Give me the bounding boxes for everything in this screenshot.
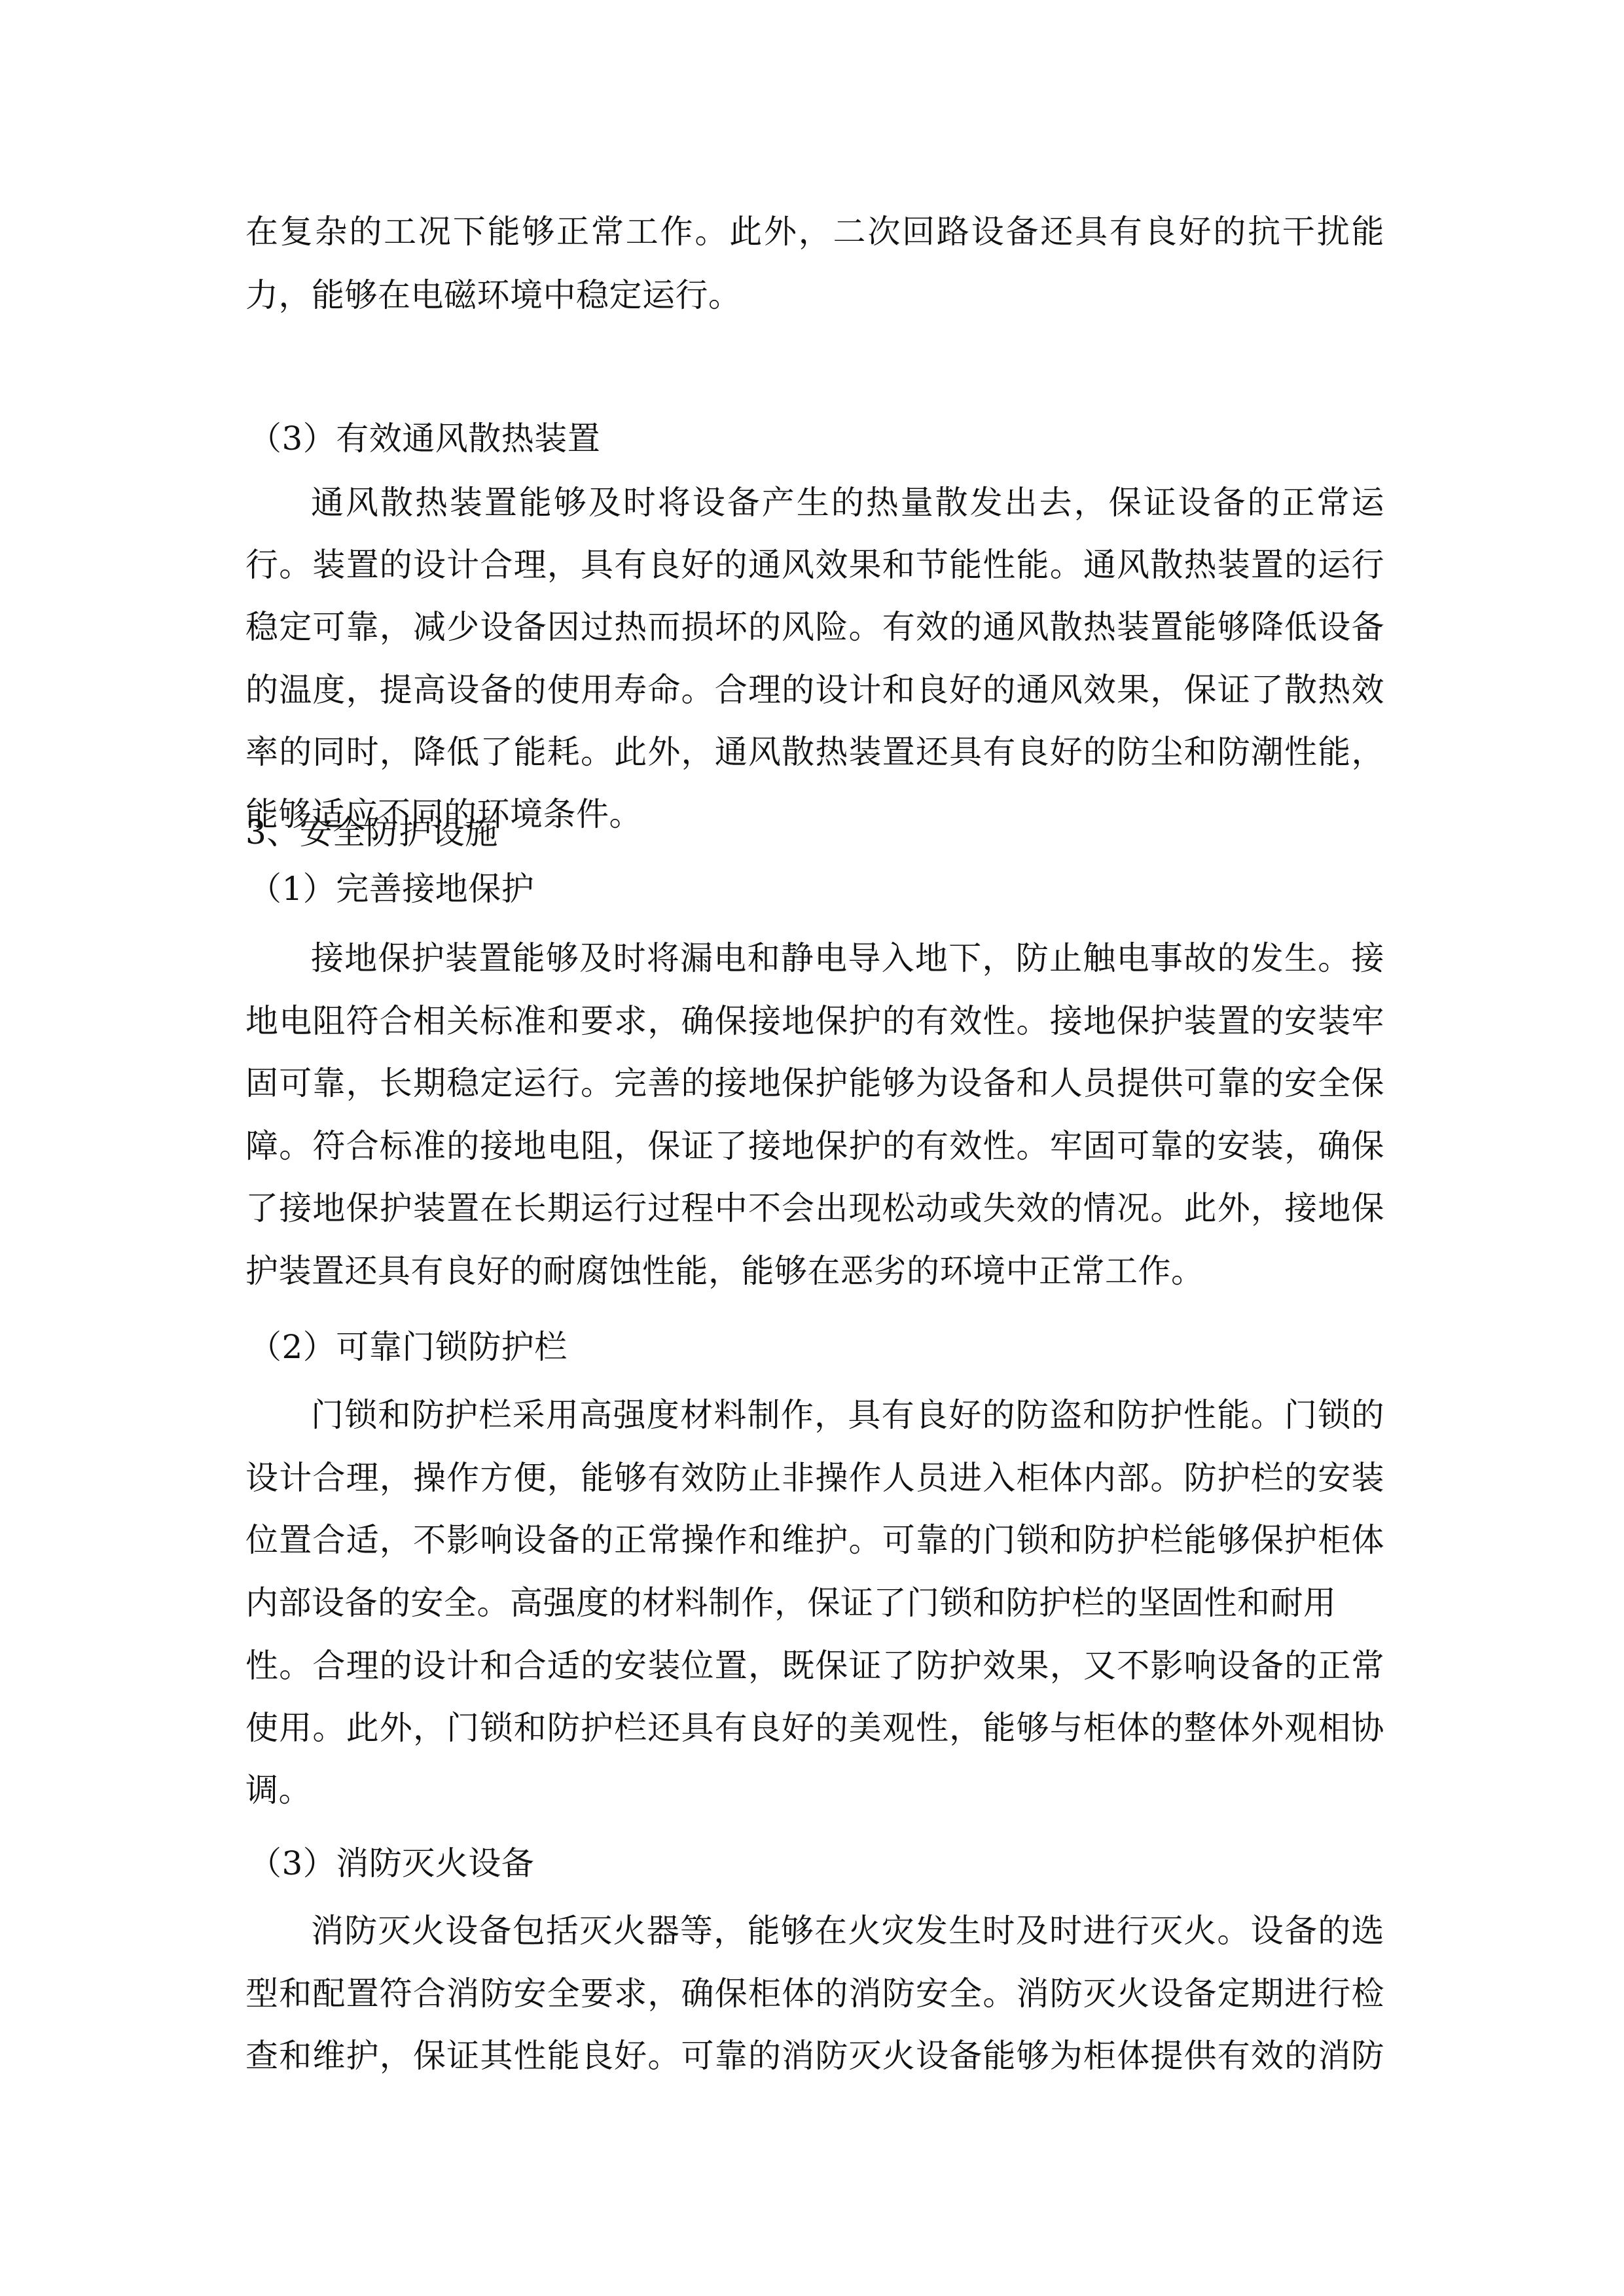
paragraph-line: 了接地保护装置在长期运行过程中不会出现松动或失效的情况。此外，接地保 — [245, 1189, 1384, 1228]
paragraph-line: 设计合理，操作方便，能够有效防止非操作人员进入柜体内部。防护栏的安装 — [245, 1458, 1384, 1498]
paragraph-line: 内部设备的安全。高强度的材料制作，保证了门锁和防护栏的坚固性和耐用 — [245, 1583, 1384, 1623]
subheading-fire-equipment: （3）消防灭火设备 — [249, 1844, 1388, 1883]
paragraph-line: 率的同时，降低了能耗。此外，通风散热装置还具有良好的防尘和防潮性能， — [245, 732, 1384, 772]
section-heading-safety: 3、安全防护设施 — [245, 813, 1384, 852]
paragraph-line: 障。符合标准的接地电阻，保证了接地保护的有效性。牢固可靠的安装，确保 — [245, 1126, 1384, 1166]
subheading-ventilation: （3）有效通风散热装置 — [249, 419, 1388, 458]
paragraph-line: 查和维护，保证其性能良好。可靠的消防灭火设备能够为柜体提供有效的消防 — [245, 2036, 1384, 2075]
subheading-grounding: （1）完善接地保护 — [249, 869, 1388, 908]
paragraph-line: 型和配置符合消防安全要求，确保柜体的消防安全。消防灭火设备定期进行检 — [245, 1974, 1384, 2013]
paragraph-line: 通风散热装置能够及时将设备产生的热量散发出去，保证设备的正常运 — [311, 483, 1384, 522]
paragraph-line: 消防灭火设备包括灭火器等，能够在火灾发生时及时进行灭火。设备的选 — [311, 1911, 1384, 1950]
paragraph-line: 使用。此外，门锁和防护栏还具有良好的美观性，能够与柜体的整体外观相协 — [245, 1708, 1384, 1748]
paragraph-line: 力，能够在电磁环境中稳定运行。 — [245, 276, 1384, 315]
paragraph-line: 行。装置的设计合理，具有良好的通风效果和节能性能。通风散热装置的运行 — [245, 545, 1384, 584]
document-page: 在复杂的工况下能够正常工作。此外，二次回路设备还具有良好的抗干扰能 力，能够在电… — [0, 0, 1624, 2296]
paragraph-line: 在复杂的工况下能够正常工作。此外，二次回路设备还具有良好的抗干扰能 — [245, 212, 1384, 251]
paragraph-line: 的温度，提高设备的使用寿命。合理的设计和良好的通风效果，保证了散热效 — [245, 670, 1384, 709]
paragraph-line: 稳定可靠，减少设备因过热而损坏的风险。有效的通风散热装置能够降低设备 — [245, 607, 1384, 647]
paragraph-line: 位置合适，不影响设备的正常操作和维护。可靠的门锁和防护栏能够保护柜体 — [245, 1520, 1384, 1560]
paragraph-line: 性。合理的设计和合适的安装位置，既保证了防护效果，又不影响设备的正常 — [245, 1646, 1384, 1685]
paragraph-line: 固可靠，长期稳定运行。完善的接地保护能够为设备和人员提供可靠的安全保 — [245, 1064, 1384, 1103]
paragraph-line: 门锁和防护栏采用高强度材料制作，具有良好的防盗和防护性能。门锁的 — [311, 1395, 1384, 1435]
paragraph-line: 护装置还具有良好的耐腐蚀性能，能够在恶劣的环境中正常工作。 — [245, 1251, 1384, 1291]
subheading-door-lock: （2）可靠门锁防护栏 — [249, 1327, 1388, 1367]
paragraph-line: 地电阻符合相关标准和要求，确保接地保护的有效性。接地保护装置的安装牢 — [245, 1001, 1384, 1041]
paragraph-line: 接地保护装置能够及时将漏电和静电导入地下，防止触电事故的发生。接 — [311, 939, 1384, 978]
paragraph-line: 调。 — [245, 1770, 1384, 1810]
